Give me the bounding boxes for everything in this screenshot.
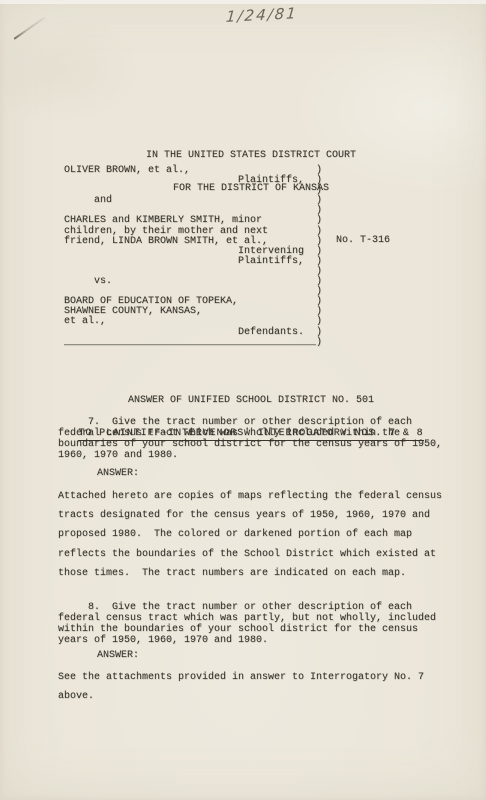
court-name-line: IN THE UNITED STATES DISTRICT COURT bbox=[58, 150, 444, 161]
document-page: 1/24/81 IN THE UNITED STATES DISTRICT CO… bbox=[0, 0, 486, 800]
pencil-checkmark bbox=[13, 16, 45, 39]
answer-8-label: ANSWER: bbox=[97, 650, 139, 661]
handwritten-date: 1/24/81 bbox=[225, 4, 298, 26]
case-caption: OLIVER BROWN, et al., ) Plaintiffs, ) ) … bbox=[64, 166, 322, 348]
answer-7-label: ANSWER: bbox=[97, 468, 139, 479]
document-title-line1: ANSWER OF UNIFIED SCHOOL DISTRICT NO. 50… bbox=[58, 395, 444, 406]
case-number: No. T-316 bbox=[336, 236, 390, 246]
interrogatory-7-question: 7. Give the tract number or other descri… bbox=[58, 417, 442, 461]
answer-7-body: Attached hereto are copies of maps refle… bbox=[58, 487, 442, 583]
interrogatory-8-question: 8. Give the tract number or other descri… bbox=[58, 602, 436, 646]
answer-8-body: See the attachments provided in answer t… bbox=[58, 669, 424, 706]
